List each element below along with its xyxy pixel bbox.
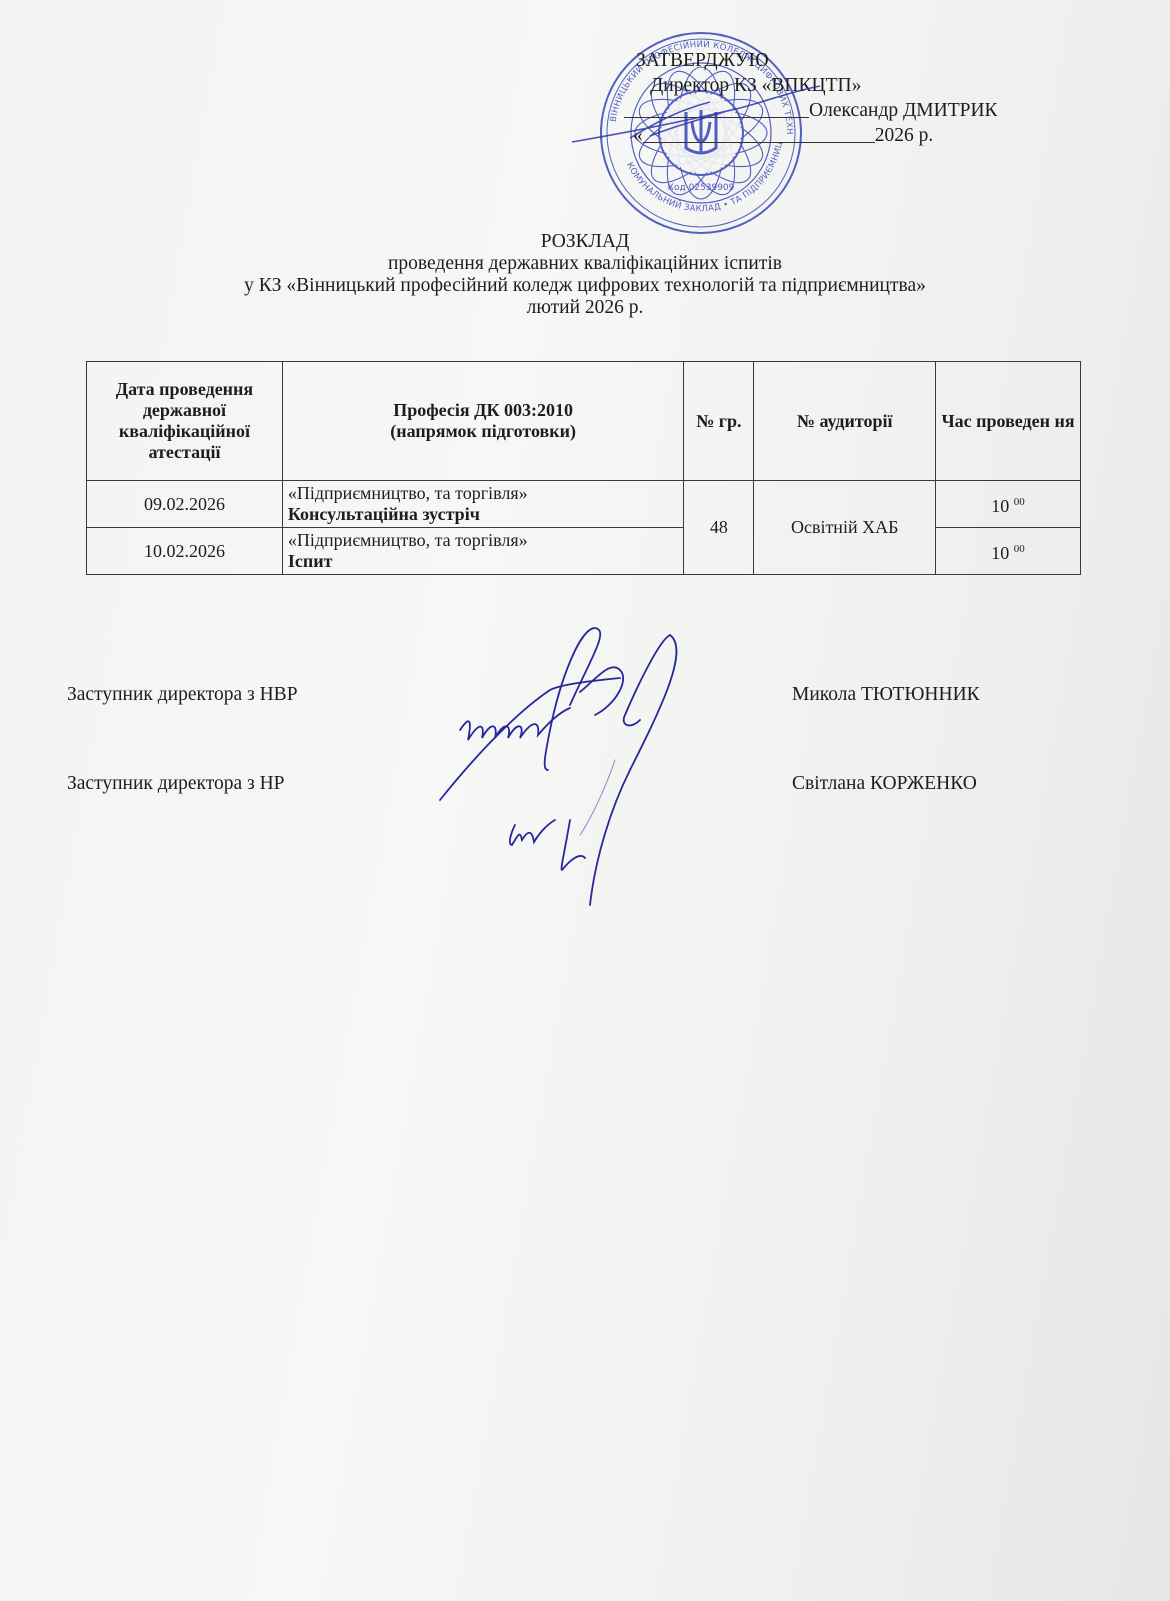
director-signature (570, 80, 830, 160)
table-header-row: Дата проведення державної кваліфікаційно… (87, 362, 1081, 481)
header-date: Дата проведення державної кваліфікаційно… (87, 362, 283, 481)
header-group: № гр. (684, 362, 754, 481)
row-event: Консультаційна зустріч (288, 504, 678, 525)
row-room: Освітній ХАБ (754, 481, 936, 575)
signatory-name: Микола ТЮТЮННИК (792, 684, 980, 706)
table-row: 09.02.2026 «Підприємництво, та торгівля»… (87, 481, 1081, 528)
handwritten-signatures (420, 620, 750, 910)
approval-heading: ЗАТВЕРДЖУЮ (636, 48, 998, 73)
row-event: Іспит (288, 551, 678, 572)
header-room: № аудиторії (754, 362, 936, 481)
signatory-role: Заступник директора з НР (67, 773, 285, 795)
row-date: 09.02.2026 (87, 481, 283, 528)
row-profession: «Підприємництво, та торгівля» Консультац… (282, 481, 683, 528)
document-subtitle: проведення державних кваліфікаційних ісп… (0, 253, 1170, 275)
header-time: Час проведен ня (936, 362, 1081, 481)
document-title: РОЗКЛАД (0, 231, 1170, 253)
approval-year: 2026 р. (875, 125, 934, 146)
row-date: 10.02.2026 (87, 528, 283, 575)
row-profession: «Підприємництво, та торгівля» Іспит (282, 528, 683, 575)
header-profession: Професія ДК 003:2010 (напрямок підготовк… (282, 362, 683, 481)
stamp-code: Код 02539909 (668, 183, 735, 193)
signatory-role: Заступник директора з НВР (67, 684, 298, 706)
document-page: ВІННИЦЬКИЙ ПРОФЕСІЙНИЙ КОЛЕДЖ ЦИФРОВИХ Т… (0, 0, 1170, 1601)
row-group: 48 (684, 481, 754, 575)
row-time: 10 00 (936, 528, 1081, 575)
institution-name: у КЗ «Вінницький професійний коледж цифр… (0, 275, 1170, 297)
document-period: лютий 2026 р. (0, 297, 1170, 319)
signatory-name: Світлана КОРЖЕНКО (792, 773, 977, 795)
schedule-table: Дата проведення державної кваліфікаційно… (86, 361, 1081, 575)
approver-name: Олександр ДМИТРИК (809, 100, 998, 121)
document-title-block: РОЗКЛАД проведення державних кваліфікаці… (0, 231, 1170, 319)
row-time: 10 00 (936, 481, 1081, 528)
